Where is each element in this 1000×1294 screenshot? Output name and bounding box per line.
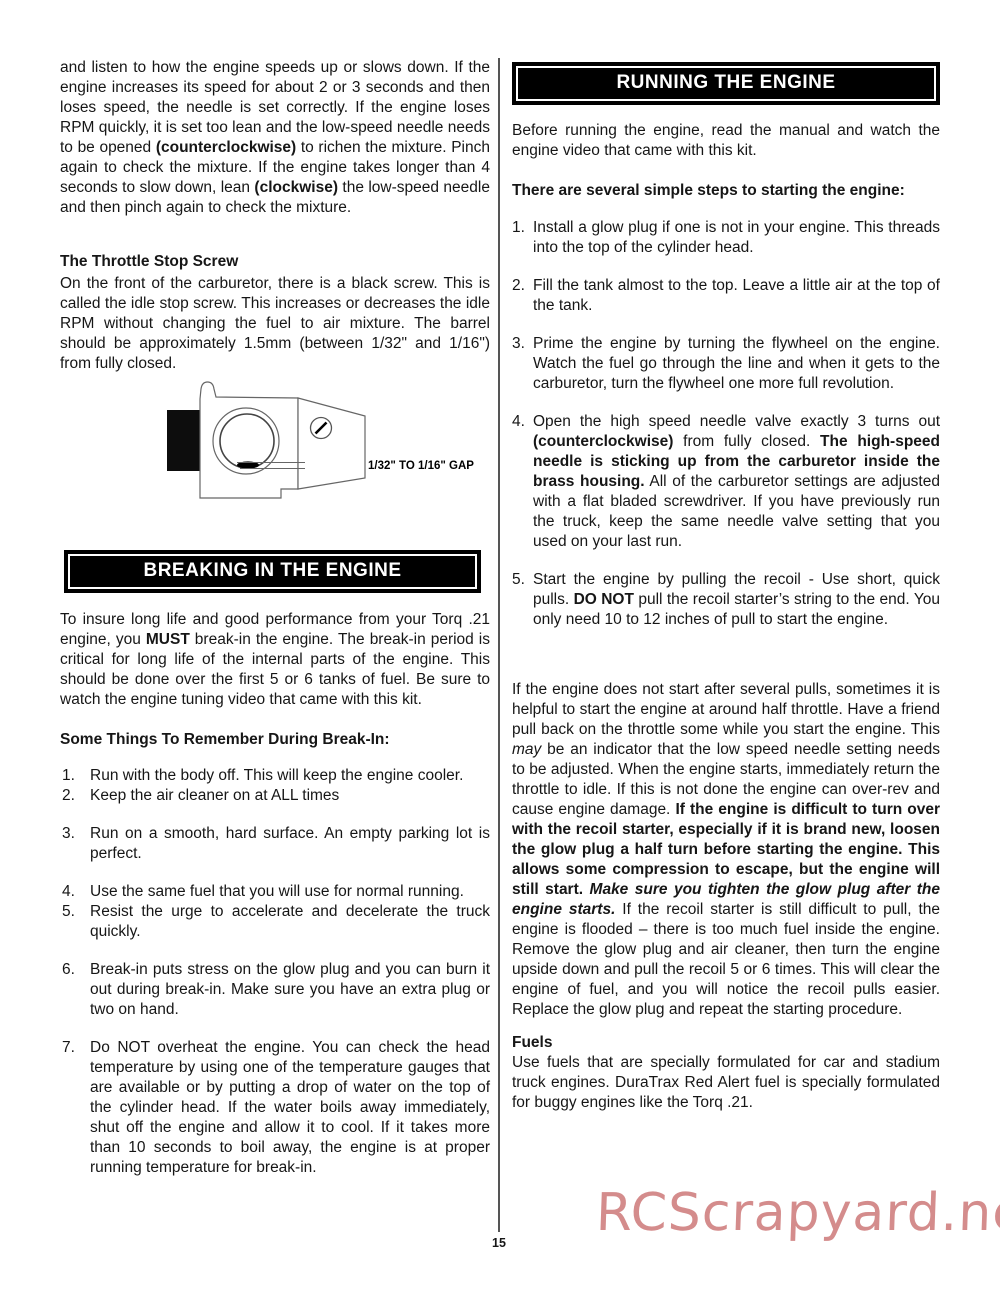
- list-text: Run with the body off. This will keep th…: [90, 766, 490, 786]
- fuels-body: Use fuels that are specially formulated …: [512, 1053, 940, 1113]
- list-text: Prime the engine by turning the flywheel…: [533, 334, 940, 394]
- list-number: 4.: [62, 882, 75, 902]
- list-number: 2.: [62, 786, 75, 806]
- list-text: Fill the tank almost to the top. Leave a…: [533, 276, 940, 316]
- breakin-item-5: 5. Resist the urge to accelerate and dec…: [60, 902, 490, 942]
- list-text: Break-in puts stress on the glow plug an…: [90, 960, 490, 1020]
- starting-steps-list: 1. Install a glow plug if one is not in …: [512, 218, 940, 630]
- list-number: 4.: [512, 412, 525, 432]
- gap-label: 1/32" TO 1/16" GAP: [368, 460, 474, 472]
- list-text: Do NOT overheat the engine. You can chec…: [90, 1038, 490, 1178]
- carburetor-diagram: 1/32" TO 1/16" GAP: [60, 377, 490, 532]
- breakin-item-3: 3. Run on a smooth, hard surface. An emp…: [60, 824, 490, 864]
- breakin-item-4: 4. Use the same fuel that you will use f…: [60, 882, 490, 902]
- list-text: Keep the air cleaner on at ALL times: [90, 786, 490, 806]
- starting-step-5: 5. Start the engine by pulling the recoi…: [512, 570, 940, 630]
- starting-step-3: 3. Prime the engine by turning the flywh…: [512, 334, 940, 394]
- list-text: Use the same fuel that you will use for …: [90, 882, 490, 902]
- manual-page: and listen to how the engine speeds up o…: [0, 0, 1000, 1294]
- breakin-item-1: 1. Run with the body off. This will keep…: [60, 766, 490, 786]
- list-number: 1.: [62, 766, 75, 786]
- throttle-stop-screw-body: On the front of the carburetor, there is…: [60, 274, 490, 374]
- right-column: RUNNING THE ENGINE Before running the en…: [512, 58, 940, 1232]
- page-number: 15: [484, 1236, 514, 1250]
- column-gap: [500, 58, 512, 1232]
- list-number: 3.: [62, 824, 75, 844]
- breakin-list: 1. Run with the body off. This will keep…: [60, 766, 490, 1178]
- list-text: Open the high speed needle valve exactly…: [533, 412, 940, 552]
- steps-heading: There are several simple steps to starti…: [512, 181, 940, 201]
- list-number: 2.: [512, 276, 525, 296]
- running-the-engine-header: RUNNING THE ENGINE: [512, 62, 940, 105]
- remember-heading: Some Things To Remember During Break-In:: [60, 730, 490, 750]
- column-gap: [490, 58, 498, 1232]
- list-number: 6.: [62, 960, 75, 980]
- page-content: and listen to how the engine speeds up o…: [60, 58, 940, 1232]
- list-number: 1.: [512, 218, 525, 238]
- breakin-item-2: 2. Keep the air cleaner on at ALL times: [60, 786, 490, 806]
- list-number: 5.: [62, 902, 75, 922]
- starting-step-4: 4. Open the high speed needle valve exac…: [512, 412, 940, 552]
- starting-step-1: 1. Install a glow plug if one is not in …: [512, 218, 940, 258]
- breakin-item-7: 7. Do NOT overheat the engine. You can c…: [60, 1038, 490, 1178]
- list-text: Run on a smooth, hard surface. An empty …: [90, 824, 490, 864]
- list-number: 7.: [62, 1038, 75, 1058]
- breaking-in-engine-header-text: BREAKING IN THE ENGINE: [68, 554, 477, 589]
- carburetor-nozzle-outline: [298, 398, 365, 489]
- list-text: Start the engine by pulling the recoil -…: [533, 570, 940, 630]
- throttle-stop-screw-heading: The Throttle Stop Screw: [60, 252, 490, 272]
- list-number: 5.: [512, 570, 525, 590]
- fuels-heading: Fuels: [512, 1033, 940, 1053]
- left-column: and listen to how the engine speeds up o…: [60, 58, 490, 1232]
- starting-step-2: 2. Fill the tank almost to the top. Leav…: [512, 276, 940, 316]
- troubleshooting-paragraph: If the engine does not start after sever…: [512, 680, 940, 1020]
- carburetor-mount-block: [167, 410, 200, 471]
- paragraph-needle-tuning: and listen to how the engine speeds up o…: [60, 58, 490, 218]
- carburetor-body-outline: [200, 382, 298, 498]
- list-text: Resist the urge to accelerate and decele…: [90, 902, 490, 942]
- running-intro-paragraph: Before running the engine, read the manu…: [512, 121, 940, 161]
- list-text: Install a glow plug if one is not in you…: [533, 218, 940, 258]
- list-number: 3.: [512, 334, 525, 354]
- breakin-intro-paragraph: To insure long life and good performance…: [60, 610, 490, 710]
- breaking-in-engine-header: BREAKING IN THE ENGINE: [64, 550, 481, 593]
- breakin-item-6: 6. Break-in puts stress on the glow plug…: [60, 960, 490, 1020]
- running-the-engine-header-text: RUNNING THE ENGINE: [516, 66, 936, 101]
- carburetor-diagram-svg: 1/32" TO 1/16" GAP: [60, 377, 490, 527]
